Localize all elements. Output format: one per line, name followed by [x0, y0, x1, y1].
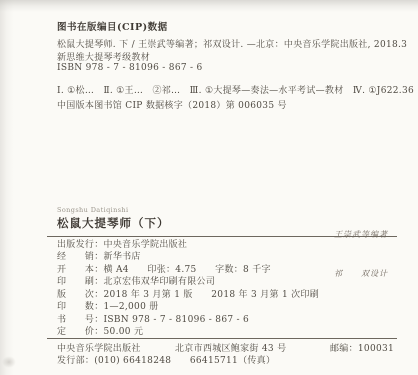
footer-phone-line: 发行部：(010) 66418248 66415711（传真）	[57, 353, 275, 366]
footer-postcode: 邮编：100031	[330, 341, 394, 354]
pub-row-isbn: 书 号：ISBN 978 - 7 - 81096 - 867 - 6	[57, 314, 319, 326]
pub-label: 印 数：	[57, 302, 104, 312]
pub-label: 出版发行：	[57, 240, 104, 250]
pub-label: 书 号：	[57, 315, 104, 325]
pub-label: 经 销：	[57, 252, 104, 262]
pub-row-print-run: 印 数：1—2,000 册	[57, 301, 319, 313]
pub-value: 北京宏伟双华印刷有限公司	[104, 277, 216, 287]
scan-smudge	[2, 356, 16, 368]
pub-label: 开 本：	[57, 265, 104, 275]
cip-series-line: 新思维大提琴考级教材	[57, 50, 150, 63]
pub-row-printer: 印 刷：北京宏伟双华印刷有限公司	[57, 276, 319, 288]
publication-info-table: 出版发行：中央音乐学院出版社 经 销：新华书店 开 本：横 A4 印张：4.75…	[57, 239, 319, 339]
author-designer-credits: 王崇武等编著 祁 双设计	[334, 202, 388, 306]
pub-label: 印 刷：	[57, 277, 104, 287]
pub-value: 横 A4 印张：4.75 字数：8 千字	[104, 265, 271, 275]
book-title: 松鼠大提琴师（下）	[57, 215, 170, 231]
cip-isbn-line: ISBN 978 - 7 - 81096 - 867 - 6	[57, 63, 203, 73]
cip-registry-line: 中国版本图书馆 CIP 数据核字（2018）第 006035 号	[57, 98, 287, 111]
pub-row-format: 开 本：横 A4 印张：4.75 字数：8 千字	[57, 264, 319, 276]
pub-row-edition: 版 次：2018 年 3 月第 1 版 2018 年 3 月第 1 次印刷	[57, 289, 319, 301]
pub-value: ISBN 978 - 7 - 81096 - 867 - 6	[104, 315, 250, 325]
pub-value: 50.00 元	[104, 327, 144, 337]
cip-heading: 图书在版编目(CIP)数据	[57, 19, 168, 33]
cip-title-line: 松鼠大提琴师. 下 / 王崇武等编著；祁双设计. —北京：中央音乐学院出版社, …	[57, 37, 407, 50]
author-credit: 王崇武等编著	[334, 228, 388, 241]
divider-rule-bottom	[47, 338, 397, 339]
pub-row-distributor: 经 销：新华书店	[57, 251, 319, 263]
pub-row-price: 定 价：50.00 元	[57, 326, 319, 338]
divider-rule-top	[47, 236, 397, 237]
cip-classification-line: Ⅰ. ①松… Ⅱ. ①王… ②祁… Ⅲ. ①大提琴—奏法—水平考试—教材 Ⅳ. …	[57, 83, 414, 96]
pub-value: 中央音乐学院出版社	[104, 240, 188, 250]
book-title-pinyin: Songshu Datiqinshi	[57, 206, 129, 214]
pub-row-publisher: 出版发行：中央音乐学院出版社	[57, 239, 319, 251]
pub-label: 定 价：	[57, 327, 104, 337]
pub-value: 2018 年 3 月第 1 版 2018 年 3 月第 1 次印刷	[104, 290, 320, 300]
pub-value: 新华书店	[104, 252, 141, 262]
pub-label: 版 次：	[57, 290, 104, 300]
pub-value: 1—2,000 册	[104, 302, 159, 312]
designer-credit: 祁 双设计	[334, 267, 388, 280]
book-copyright-page: 图书在版编目(CIP)数据 松鼠大提琴师. 下 / 王崇武等编著；祁双设计. —…	[0, 0, 418, 375]
